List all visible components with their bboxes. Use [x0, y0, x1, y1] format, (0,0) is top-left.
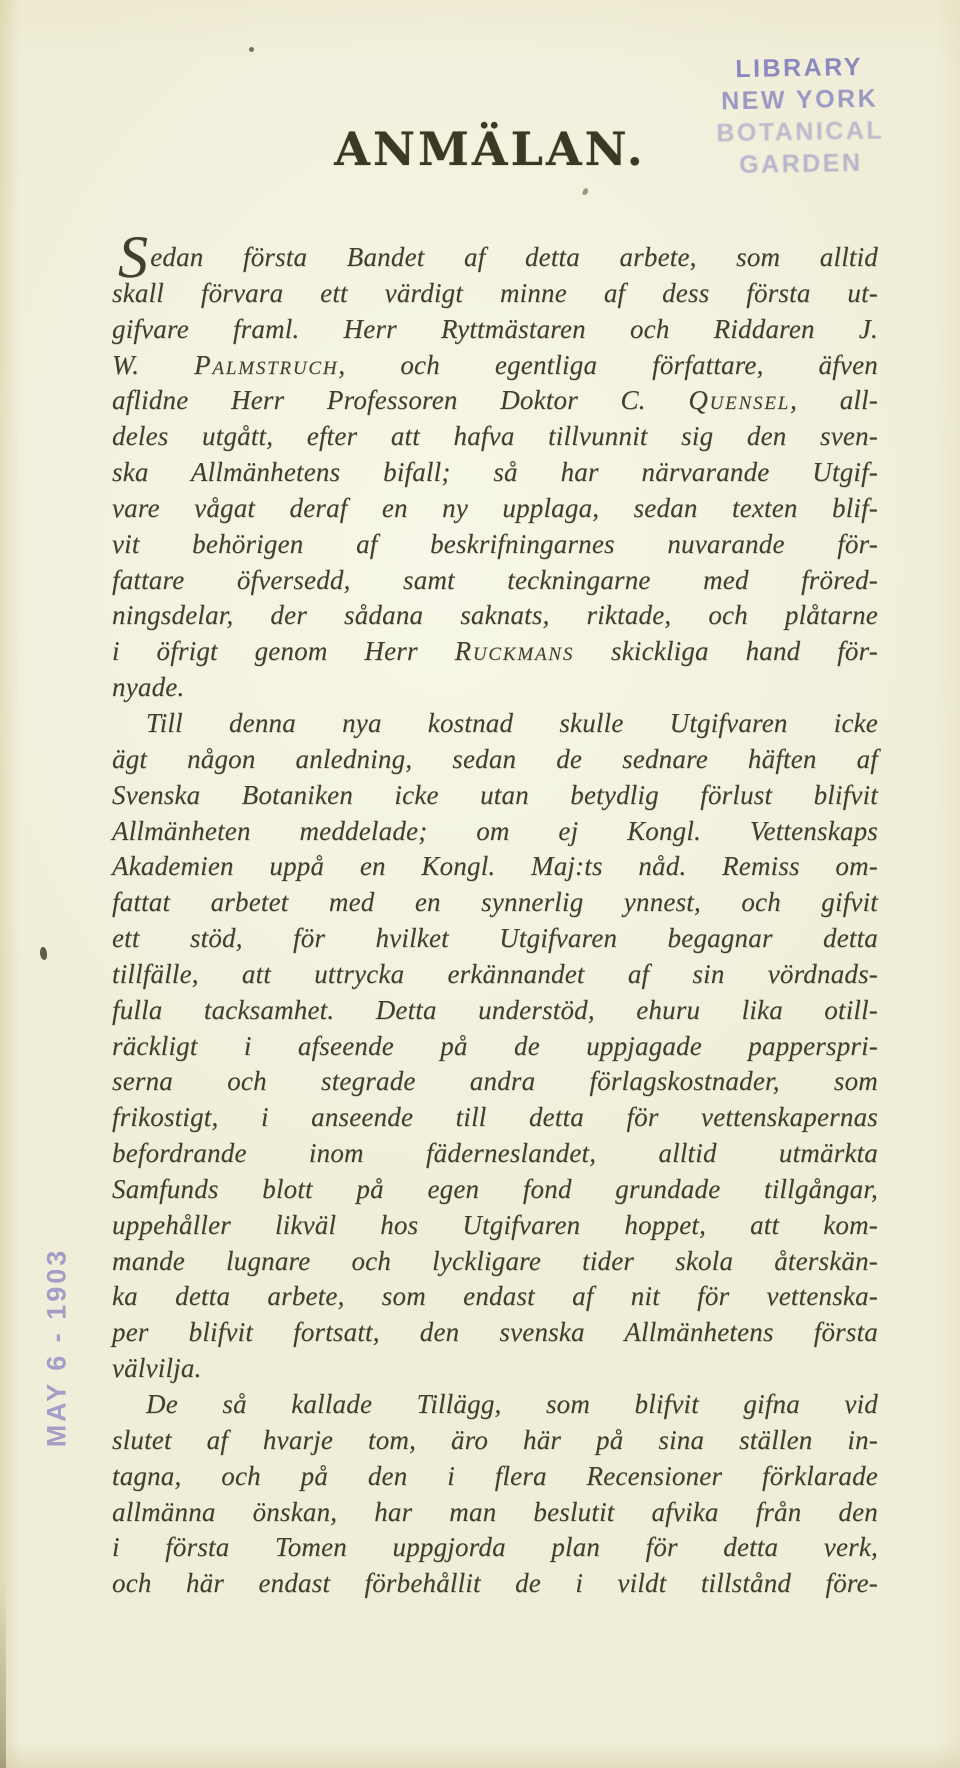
ink-speck — [39, 946, 49, 960]
text-line: i öfrigt genom Herr Ruckmans skickliga h… — [112, 634, 878, 670]
text-line: Samfunds blott på egen fond grundade til… — [112, 1172, 878, 1208]
text-line: vit behörigen af beskrifningarnes nuvara… — [112, 527, 878, 563]
text-line: Svenska Botaniken icke utan betydlig för… — [112, 778, 878, 814]
body-text: Sedan första Bandet af detta arbete, som… — [112, 240, 878, 1602]
text-line: frikostigt, i anseende till detta för ve… — [112, 1100, 878, 1136]
text-line: ningsdelar, der sådana saknats, riktade,… — [112, 598, 878, 634]
library-stamp-line: BOTANICAL — [700, 114, 901, 149]
text-line: gifvare framl. Herr Ryttmästaren och Rid… — [112, 312, 878, 348]
text-line: Akademien uppå en Kongl. Maj:ts nåd. Rem… — [112, 849, 878, 885]
library-stamp: LIBRARY NEW YORK BOTANICAL GARDEN — [699, 50, 901, 181]
text-line: Sedan första Bandet af detta arbete, som… — [112, 240, 878, 276]
text-line: ska Allmänhetens bifall; så har närvaran… — [112, 455, 878, 491]
text-line: aflidne Herr Professoren Doktor C. Quens… — [112, 383, 878, 419]
text-line: ett stöd, för hvilket Utgifvaren begagna… — [112, 921, 878, 957]
paragraph: De så kallade Tillägg, som blifvit gifna… — [112, 1387, 878, 1602]
text-line: ka detta arbete, som endast af nit för v… — [112, 1279, 878, 1315]
text-line: skall förvara ett värdigt minne af dess … — [112, 276, 878, 312]
book-page: ANMÄLAN. LIBRARY NEW YORK BOTANICAL GARD… — [0, 0, 960, 1768]
text-line: och här endast förbehållit de i vildt ti… — [112, 1566, 878, 1602]
paragraph: Sedan första Bandet af detta arbete, som… — [112, 240, 878, 706]
text-line: vare vågat deraf en ny upplaga, sedan te… — [112, 491, 878, 527]
text-line: allmänna önskan, har man beslutit afvika… — [112, 1495, 878, 1531]
ink-speck — [249, 47, 254, 52]
text-line: i första Tomen uppgjorda plan för detta … — [112, 1530, 878, 1566]
library-stamp-line: NEW YORK — [699, 82, 900, 117]
text-line: tillfälle, att uttrycka erkännandet af s… — [112, 957, 878, 993]
text-line: räckligt i afseende på de uppjagade papp… — [112, 1029, 878, 1065]
paragraph: Till denna nya kostnad skulle Utgifvaren… — [112, 706, 878, 1387]
library-stamp-line: GARDEN — [701, 146, 902, 181]
text-line: uppehåller likväl hos Utgifvaren hoppet,… — [112, 1208, 878, 1244]
text-line: nyade. — [112, 670, 878, 706]
text-line: per blifvit fortsatt, den svenska Allmän… — [112, 1315, 878, 1351]
library-stamp-line: LIBRARY — [699, 50, 900, 85]
text-line: Allmänheten meddelade; om ej Kongl. Vett… — [112, 814, 878, 850]
text-line: tagna, och på den i flera Recensioner fö… — [112, 1459, 878, 1495]
text-line: mande lugnare och lyckligare tider skola… — [112, 1244, 878, 1280]
text-line: fulla tacksamhet. Detta understöd, ehuru… — [112, 993, 878, 1029]
text-line: välvilja. — [112, 1351, 878, 1387]
text-line: W. Palmstruch, och egentliga författare,… — [112, 348, 878, 384]
text-line: ägt någon anledning, sedan de sednare hä… — [112, 742, 878, 778]
text-line: De så kallade Tillägg, som blifvit gifna… — [112, 1387, 878, 1423]
text-line: slutet af hvarje tom, äro här på sina st… — [112, 1423, 878, 1459]
text-line: fattare öfversedd, samt teckningarne med… — [112, 563, 878, 599]
text-line: befordrande inom fäderneslandet, alltid … — [112, 1136, 878, 1172]
ink-speck — [582, 187, 589, 195]
text-line: Till denna nya kostnad skulle Utgifvaren… — [112, 706, 878, 742]
page-edge-shadow — [0, 1580, 6, 1768]
text-line: deles utgått, efter att hafva tillvunnit… — [112, 419, 878, 455]
date-stamp: MAY 6 - 1903 — [42, 1238, 73, 1458]
text-line: serna och stegrade andra förlagskostnade… — [112, 1064, 878, 1100]
text-line: fattat arbetet med en synnerlig ynnest, … — [112, 885, 878, 921]
